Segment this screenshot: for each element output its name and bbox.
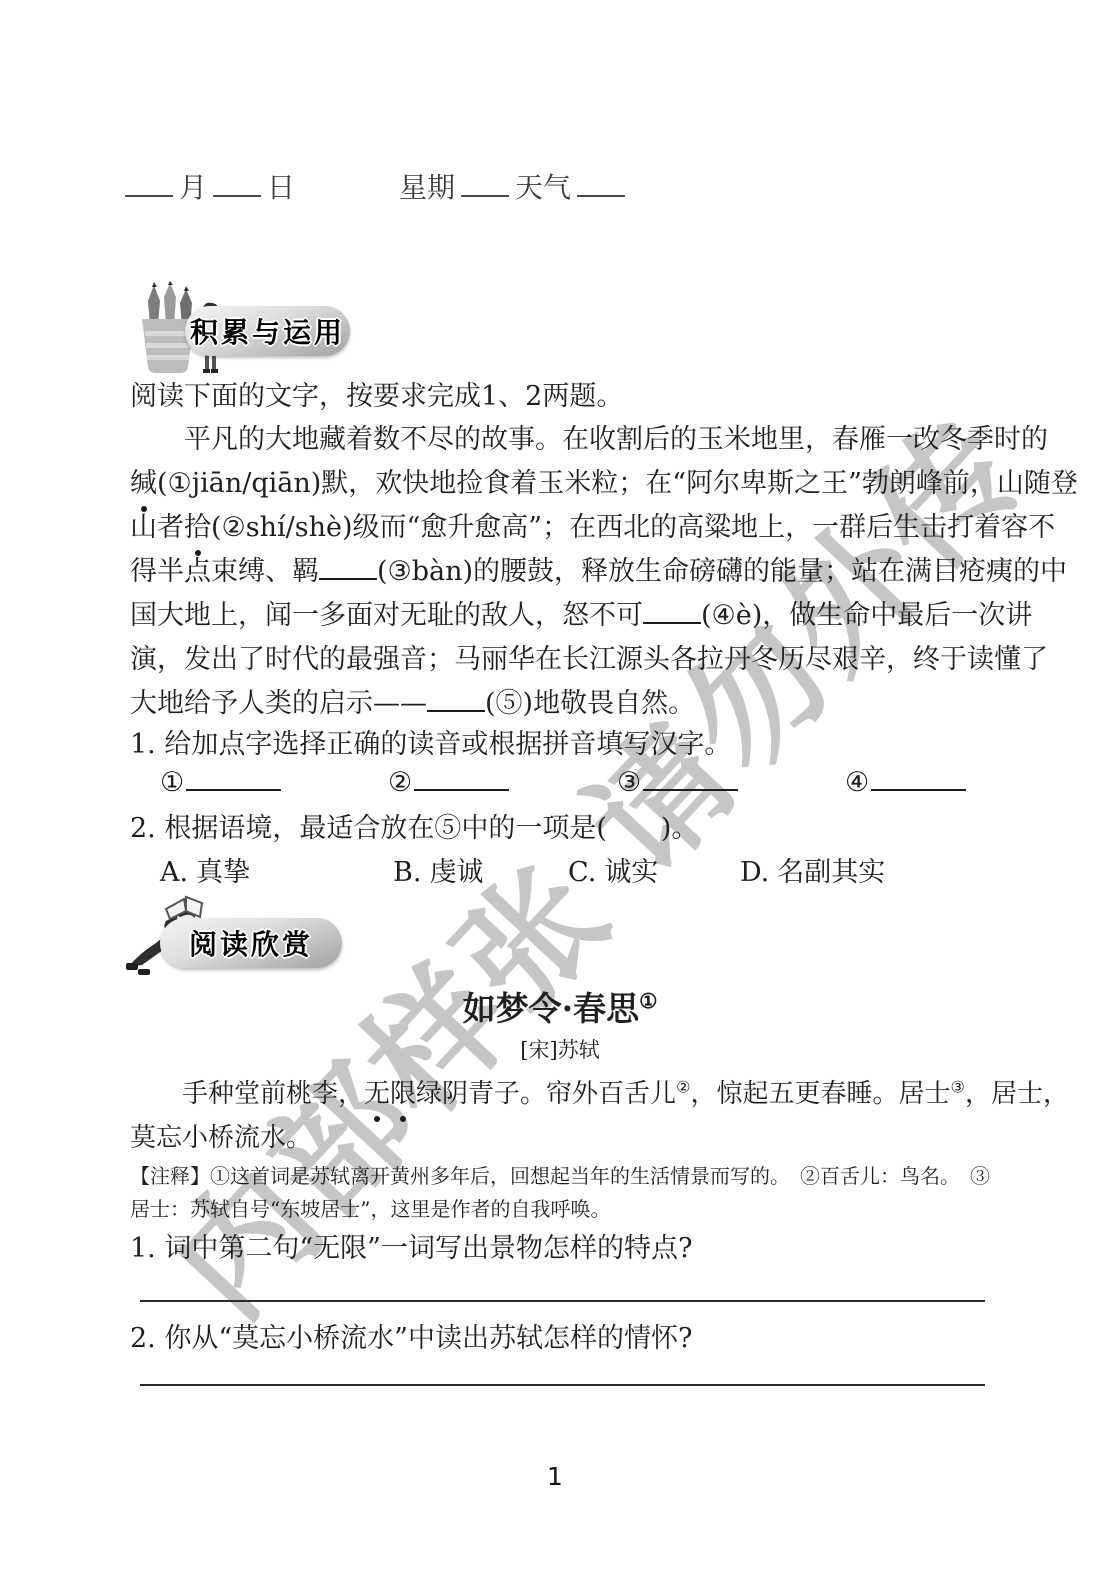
answer-rule-1 — [140, 1300, 985, 1302]
option-c: C.诚实 — [568, 850, 658, 889]
question-2-options: A.真挚 B.虔诚 C.诚实 D.名副其实 — [130, 850, 990, 884]
passage-intro: 阅读下面的文字，按要求完成1、2两题。 — [130, 374, 990, 413]
reading-question-1-text: 词中第二句“无限”一词写出景物怎样的特点? — [164, 1233, 692, 1264]
week-label: 星期 — [399, 171, 455, 204]
month-fill-blank — [125, 171, 173, 197]
weather-fill-blank — [577, 171, 625, 197]
option-a: A.真挚 — [160, 850, 250, 889]
answer-blank-4-line — [871, 766, 966, 791]
question-1: 1. 给加点字选择正确的读音或根据拼音填写汉字。 — [130, 722, 990, 761]
section-badge-accumulation-label: 积累与运用 — [190, 311, 345, 351]
option-d: D.名副其实 — [740, 850, 885, 889]
reading-question-1-number: 1. — [130, 1233, 156, 1264]
question-1-number: 1. — [130, 729, 156, 760]
poem-author: [宋]苏轼 — [130, 1034, 990, 1064]
answer-blank-3-line — [643, 766, 738, 791]
answer-rule-2 — [140, 1384, 985, 1386]
answer-blank-1: ① — [160, 766, 281, 798]
answer-blank-2: ② — [388, 766, 509, 798]
section-badge-reading: 阅读欣赏 — [160, 918, 342, 968]
week-fill-blank — [461, 171, 509, 197]
weather-label: 天气 — [515, 171, 571, 204]
question-2-text: 根据语境，最适合放在⑤中的一项是( )。 — [164, 813, 698, 844]
answer-blank-2-line — [414, 766, 509, 791]
poem-title-note-marker: ① — [639, 989, 657, 1013]
section-badge-accumulation: 积累与运用 — [185, 306, 350, 356]
date-weather-row: 月日星期天气 — [125, 166, 625, 206]
poem-title: 如梦令·春思① — [130, 983, 990, 1030]
question-1-text: 给加点字选择正确的读音或根据拼音填写汉字。 — [164, 729, 731, 760]
reading-question-2-text: 你从“莫忘小桥流水”中读出苏轼怎样的情怀? — [164, 1323, 692, 1354]
answer-blank-1-line — [186, 766, 281, 791]
worksheet-page: 内部样张 请勿外传 月日星期天气 积累与运 — [0, 0, 1110, 1571]
reading-passage: 平凡的大地藏着数不尽的故事。在收割后的玉米地里，春雁一改冬季时的缄(①jiān/… — [130, 418, 990, 726]
answer-blank-4: ④ — [845, 766, 966, 798]
page-number: 1 — [0, 1462, 1110, 1491]
answer-blank-3: ③ — [617, 766, 738, 798]
reading-question-1: 1. 词中第二句“无限”一词写出景物怎样的特点? — [130, 1226, 990, 1265]
option-b: B.虔诚 — [393, 850, 483, 889]
reading-question-2-number: 2. — [130, 1323, 156, 1354]
section-badge-reading-label: 阅读欣赏 — [189, 923, 313, 963]
day-fill-blank — [213, 171, 261, 197]
poem-body: 手种堂前桃李，无限绿阴青子。帘外百舌儿②，惊起五更春睡。居士③，居士，莫忘小桥流… — [130, 1072, 990, 1160]
month-label: 月 — [179, 171, 207, 204]
day-label: 日 — [267, 171, 295, 204]
question-2-number: 2. — [130, 813, 156, 844]
question-2: 2. 根据语境，最适合放在⑤中的一项是( )。 — [130, 806, 990, 845]
poem-annotations: 【注释】①这首词是苏轼离开黄州多年后，回想起当年的生活情景而写的。 ②百舌儿：鸟… — [130, 1160, 990, 1226]
reading-question-2: 2. 你从“莫忘小桥流水”中读出苏轼怎样的情怀? — [130, 1316, 990, 1355]
